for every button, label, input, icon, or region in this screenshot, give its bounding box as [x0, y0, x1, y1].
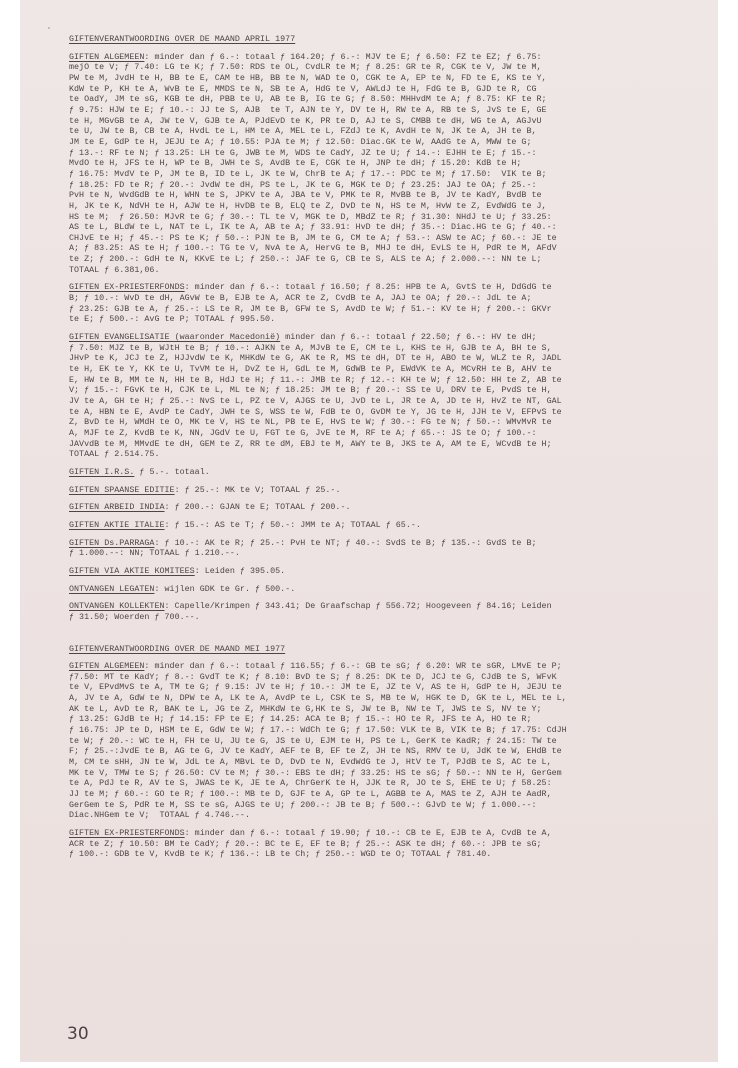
section-title: GIFTEN ALGEMEEN [69, 52, 144, 62]
section-title: GIFTEN VIA AKTIE KOMITEES [69, 566, 195, 576]
text-line: ONTVANGEN LEGATEN: wijlen GDK te Gr. ƒ 5… [69, 584, 689, 595]
document-page: GIFTENVERANTWOORDING OVER DE MAAND APRIL… [20, 0, 718, 1062]
line-text: : ƒ 200.-: GJAN te E; TOTAAL ƒ 200.-. [165, 502, 351, 512]
line-text: : wijlen GDK te Gr. ƒ 500.-. [154, 584, 295, 594]
section-title: GIFTEN ALGEMEEN [69, 661, 144, 671]
text-line: ƒ 16.75: MvdV te P, JM te B, ID te L, JK… [69, 169, 689, 180]
text-line: M, CM te sHH, JN te W, JdL te A, MBvL te… [69, 757, 689, 768]
text-line: ƒ 9.75: HJW te E; ƒ 10.-: JJ te S, AJB t… [69, 105, 689, 116]
text-line: A, MJF te Z, KvdB te K, NN, JGdV te U, F… [69, 428, 689, 439]
donation-section: GIFTEN VIA AKTIE KOMITEES: Leiden ƒ 395.… [69, 566, 689, 577]
text-line: GIFTEN I.R.S. ƒ 5.-. totaal. [69, 467, 689, 478]
section-title: GIFTEN EX-PRIESTERFONDS [69, 828, 185, 838]
text-line: ƒ 13.-: RF te N; ƒ 13.25: LH te G, JWB t… [69, 148, 689, 159]
section-title: GIFTEN EX-PRIESTERFONDS [69, 282, 185, 292]
text-line: CHJvE te H; ƒ 45.-: PS te K; ƒ 50.-: PJN… [69, 233, 689, 244]
section-title: GIFTEN EVANGELISATIE (waaronder Macedoni… [69, 332, 280, 342]
text-line: B; ƒ 10.-: WvD te dH, AGvW te B, EJB te … [69, 293, 689, 304]
donation-section: GIFTEN SPAANSE EDITIE: ƒ 25.-: MK te V; … [69, 485, 689, 496]
donation-section: GIFTEN ALGEMEEN: minder dan ƒ 6.-: totaa… [69, 52, 689, 276]
section-title: ONTVANGEN KOLLEKTEN [69, 601, 165, 611]
text-line: GerGem te S, PdR te M, SS te sG, AJGS te… [69, 800, 689, 811]
text-line: Diac.NHGem te V; TOTAAL ƒ 4.746.--. [69, 810, 689, 821]
section-title: ONTVANGEN LEGATEN [69, 584, 154, 594]
text-line: te A, HBN te E, AvdP te CadY, JWH te S, … [69, 407, 689, 418]
heading-text: GIFTENVERANTWOORDING OVER DE MAAND APRIL… [69, 34, 295, 44]
text-line: ONTVANGEN KOLLEKTEN: Capelle/Krimpen ƒ 3… [69, 601, 689, 612]
line-text: : ƒ 25.-: MK te V; TOTAAL ƒ 25.-. [175, 485, 341, 495]
text-line: MvdO te H, JFS te H, WP te B, JWH te S, … [69, 158, 689, 169]
donation-section: GIFTEN AKTIE ITALIE: ƒ 15.-: AS te T; ƒ … [69, 520, 689, 531]
text-line: V; ƒ 15.-: FGvK te H, CJK te L, ML te N;… [69, 385, 689, 396]
text-line: TOTAAL ƒ 6.381,06. [69, 265, 689, 276]
text-line: te H, MGvGB te A, JW te V, GJB te A, PJd… [69, 116, 689, 127]
text-line: JHvP te K, JCJ te Z, HJJvdW te K, MHKdW … [69, 353, 689, 364]
text-line: E, HW te B, MM te N, HH te B, HdJ te H; … [69, 375, 689, 386]
section-title: GIFTEN ARBEID INDIA [69, 502, 165, 512]
text-line: ƒ 100.-: GDB te V, KvdB te K; ƒ 136.-: L… [69, 849, 689, 860]
text-line: GIFTEN EX-PRIESTERFONDS: minder dan ƒ 6.… [69, 282, 689, 293]
text-line: JAVvdB te M, MMvdE te dH, GEM te Z, RR t… [69, 439, 689, 450]
text-line: PW te M, JvdH te H, BB te E, CAM te HB, … [69, 73, 689, 84]
text-line: ƒ 16.75: JP te D, HSM te E, GdW te W; ƒ … [69, 725, 689, 736]
section-title: GIFTEN I.R.S. [69, 467, 134, 477]
section-title: GIFTEN Ds.PARRAGA [69, 538, 154, 548]
text-line: ƒ 18.25: FD te R; ƒ 20.-: JvdW te dH, PS… [69, 180, 689, 191]
text-line: Z, BvD te H, WMdH te O, MK te V, HS te N… [69, 417, 689, 428]
donation-section: ONTVANGEN LEGATEN: wijlen GDK te Gr. ƒ 5… [69, 584, 689, 595]
text-line: AS te L, BLdW te L, NAT te L, IK te A, A… [69, 222, 689, 233]
document-body: GIFTENVERANTWOORDING OVER DE MAAND APRIL… [69, 34, 689, 867]
text-line: te A, PdJ te R, AV te S, JWAS te K, JE t… [69, 778, 689, 789]
text-line: te U, JW te B, CB te A, HvdL te L, HM te… [69, 126, 689, 137]
donation-section: GIFTEN EX-PRIESTERFONDS: minder dan ƒ 6.… [69, 828, 689, 860]
text-line: GIFTEN EX-PRIESTERFONDS: minder dan ƒ 6.… [69, 828, 689, 839]
line-text: : ƒ 15.-: AS te T; ƒ 50.-: JMM te A; TOT… [165, 520, 421, 530]
text-line: ƒ 13.25: GJdB te H; ƒ 14.15: FP te E; ƒ … [69, 714, 689, 725]
line-text: : Capelle/Krimpen ƒ 343.41; De Graafscha… [165, 601, 552, 611]
text-line: te H, EK te Y, KK te U, TvVM te H, DvZ t… [69, 364, 689, 375]
section-title: GIFTEN AKTIE ITALIE [69, 520, 165, 530]
donation-section: ONTVANGEN KOLLEKTEN: Capelle/Krimpen ƒ 3… [69, 601, 689, 622]
text-line: GIFTEN AKTIE ITALIE: ƒ 15.-: AS te T; ƒ … [69, 520, 689, 531]
speck-mark [48, 27, 50, 29]
text-line: te Z; ƒ 200.-: GdH te N, KKvE te L; ƒ 25… [69, 254, 689, 265]
text-line: F; ƒ 25.-:JvdE te B, AG te G, JV te KadY… [69, 746, 689, 757]
line-text: ƒ 5.-. totaal. [134, 467, 209, 477]
text-line: ƒ7.50: MT te KadY; ƒ 8.-: GvdT te K; ƒ 8… [69, 672, 689, 683]
line-text: minder dan ƒ 6.-: totaal ƒ 22.50; ƒ 6.-:… [280, 332, 536, 342]
section-heading: GIFTENVERANTWOORDING OVER DE MAAND APRIL… [69, 34, 689, 45]
text-line: GIFTEN ARBEID INDIA: ƒ 200.-: GJAN te E;… [69, 502, 689, 513]
text-line: AK te L, AvD te R, BAK te L, JG te Z, MH… [69, 704, 689, 715]
text-line: HS te M; ƒ 26.50: MJvR te G; ƒ 30.-: TL … [69, 212, 689, 223]
text-line: TOTAAL ƒ 2.514.75. [69, 449, 689, 460]
heading-text: GIFTENVERANTWOORDING OVER DE MAAND MEI 1… [69, 644, 285, 654]
text-line: te E; ƒ 500.-: AvG te P; TOTAAL ƒ 995.50… [69, 314, 689, 325]
text-line: GIFTEN ALGEMEEN: minder dan ƒ 6.-: totaa… [69, 52, 689, 63]
text-line: KdW te P, KH te A, WvB te E, MMDS te N, … [69, 84, 689, 95]
donation-section: GIFTEN ARBEID INDIA: ƒ 200.-: GJAN te E;… [69, 502, 689, 513]
text-line: JM te E, GdP te H, JEJU te A; ƒ 10.55: P… [69, 137, 689, 148]
donation-section: GIFTEN EVANGELISATIE (waaronder Macedoni… [69, 332, 689, 460]
section-gap [69, 630, 689, 644]
section-title: GIFTEN SPAANSE EDITIE [69, 485, 175, 495]
text-line: JV te A, GH te H; ƒ 25.-: NvS te L, PZ t… [69, 396, 689, 407]
line-text: : Leiden ƒ 395.05. [195, 566, 286, 576]
donation-section: GIFTEN EX-PRIESTERFONDS: minder dan ƒ 6.… [69, 282, 689, 325]
text-line: A; ƒ 83.25: AS te H; ƒ 100.-: TG te V, N… [69, 243, 689, 254]
text-line: GIFTEN ALGEMEEN: minder dan ƒ 6.-: totaa… [69, 661, 689, 672]
text-line: JJ te M; ƒ 60.-: GO te R; ƒ 100.-: MB te… [69, 789, 689, 800]
text-line: GIFTEN VIA AKTIE KOMITEES: Leiden ƒ 395.… [69, 566, 689, 577]
text-line: GIFTEN EVANGELISATIE (waaronder Macedoni… [69, 332, 689, 343]
text-line: ACR te Z; ƒ 10.50: BM te CadY; ƒ 20.-: B… [69, 839, 689, 850]
line-text: : minder dan ƒ 6.-: totaal ƒ 19.90; ƒ 10… [185, 828, 552, 838]
donation-section: GIFTEN I.R.S. ƒ 5.-. totaal. [69, 467, 689, 478]
text-line: GIFTEN SPAANSE EDITIE: ƒ 25.-: MK te V; … [69, 485, 689, 496]
text-line: ƒ 1.000.--: NN; TOTAAL ƒ 1.210.--. [69, 548, 689, 559]
text-line: PvH te N, WvdGdB te H, WHN te S, JPKV te… [69, 190, 689, 201]
section-heading: GIFTENVERANTWOORDING OVER DE MAAND MEI 1… [69, 644, 689, 655]
donation-section: GIFTEN Ds.PARRAGA: ƒ 10.-: AK te R; ƒ 25… [69, 538, 689, 559]
text-line: A, JV te A, GdW te N, DPW te A, LK te A,… [69, 693, 689, 704]
donation-section: GIFTEN ALGEMEEN: minder dan ƒ 6.-: totaa… [69, 661, 689, 821]
text-line: mejO te V; ƒ 7.40: LG te K; ƒ 7.50: RDS … [69, 62, 689, 73]
text-line: te V, EPvdMvS te A, TM te G; ƒ 9.15: JV … [69, 682, 689, 693]
line-text: : minder dan ƒ 6.-: totaal ƒ 16.50; ƒ 8.… [185, 282, 552, 292]
text-line: te OadY, JM te sG, KGB te dH, PBB te U, … [69, 94, 689, 105]
line-text: : ƒ 10.-: AK te R; ƒ 25.-: PvH te NT; ƒ … [154, 538, 536, 548]
page-number: 30 [67, 1024, 89, 1044]
text-line: GIFTEN Ds.PARRAGA: ƒ 10.-: AK te R; ƒ 25… [69, 538, 689, 549]
text-line: MK te V, TMW te S; ƒ 26.50: CV te M; ƒ 3… [69, 768, 689, 779]
text-line: H, JK te K, NdVH te H, AJW te H, HvDB te… [69, 201, 689, 212]
text-line: ƒ 31.50; Woerden ƒ 700.--. [69, 612, 689, 623]
text-line: te W; ƒ 20.-: WC te H, FH te U, JU te G,… [69, 736, 689, 747]
line-text: : minder dan ƒ 6.-: totaal ƒ 164.20; ƒ 6… [144, 52, 541, 62]
text-line: ƒ 23.25: GJB te A, ƒ 25.-: LS te R, JM t… [69, 304, 689, 315]
line-text: : minder dan ƒ 6.-: totaal ƒ 116.55; ƒ 6… [144, 661, 561, 671]
text-line: ƒ 7.50: MJZ te B, WJtH te B; ƒ 10.-: AJK… [69, 343, 689, 354]
